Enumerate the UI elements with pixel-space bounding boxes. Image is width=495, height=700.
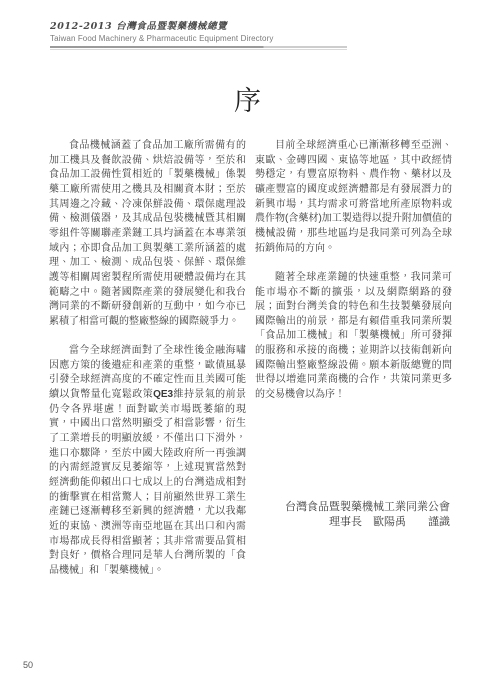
page-number: 50 bbox=[23, 660, 33, 670]
header-title-zh: 2012-2013 台灣食品暨製藥機械總覽 bbox=[50, 21, 273, 33]
directory-preface-page: 2012-2013 台灣食品暨製藥機械總覽 Taiwan Food Machin… bbox=[0, 0, 495, 700]
page-header: 2012-2013 台灣食品暨製藥機械總覽 Taiwan Food Machin… bbox=[50, 21, 273, 44]
preface-body: 食品機械涵蓋了食品加工廠所需備有的加工機具及餐飲設備、烘焙設備等，至於和食品加工… bbox=[49, 139, 452, 579]
header-title-en: Taiwan Food Machinery & Pharmaceutic Equ… bbox=[50, 33, 273, 44]
paragraph-4: 隨著全球產業鏈的快速重整，我同業可能市場亦不斷的擴張，以及網際網路的發展；面對台… bbox=[255, 271, 452, 403]
paragraph-1: 食品機械涵蓋了食品加工廠所需備有的加工機具及餐飲設備、烘焙設備等，至於和食品加工… bbox=[49, 139, 246, 330]
header-rule bbox=[50, 46, 347, 50]
paragraph-2: 當今全球經濟面對了全球性後金融海嘯因應方策的後遺症和產業的重整，歐債風暴引發全球… bbox=[49, 344, 246, 579]
column-left: 食品機械涵蓋了食品加工廠所需備有的加工機具及餐飲設備、烘焙設備等，至於和食品加工… bbox=[49, 139, 246, 579]
paragraph-2-qe3-highlight: QE3 bbox=[153, 389, 173, 400]
signature-organization: 台灣食品暨製藥機械工業同業公會 bbox=[255, 500, 450, 515]
paragraph-2-text-after: 維持景氣的前景仍令各界堪慮！面對歐美市場既萎縮的現實，中國出口當然明顯受了相當影… bbox=[49, 389, 246, 576]
signature-signer: 理事長 歐陽禹 謹識 bbox=[255, 515, 450, 530]
column-right: 目前全球經濟重心已漸漸移轉至亞洲、東歐、金磚四國、東協等地區，其中政經情勢穩定，… bbox=[255, 139, 452, 579]
paragraph-3: 目前全球經濟重心已漸漸移轉至亞洲、東歐、金磚四國、東協等地區，其中政經情勢穩定，… bbox=[255, 139, 452, 256]
signature-block: 台灣食品暨製藥機械工業同業公會 理事長 歐陽禹 謹識 bbox=[255, 500, 452, 530]
preface-title: 序 bbox=[0, 86, 495, 118]
header-rule-dark-line bbox=[50, 46, 347, 48]
header-rule-light-line bbox=[50, 49, 347, 50]
